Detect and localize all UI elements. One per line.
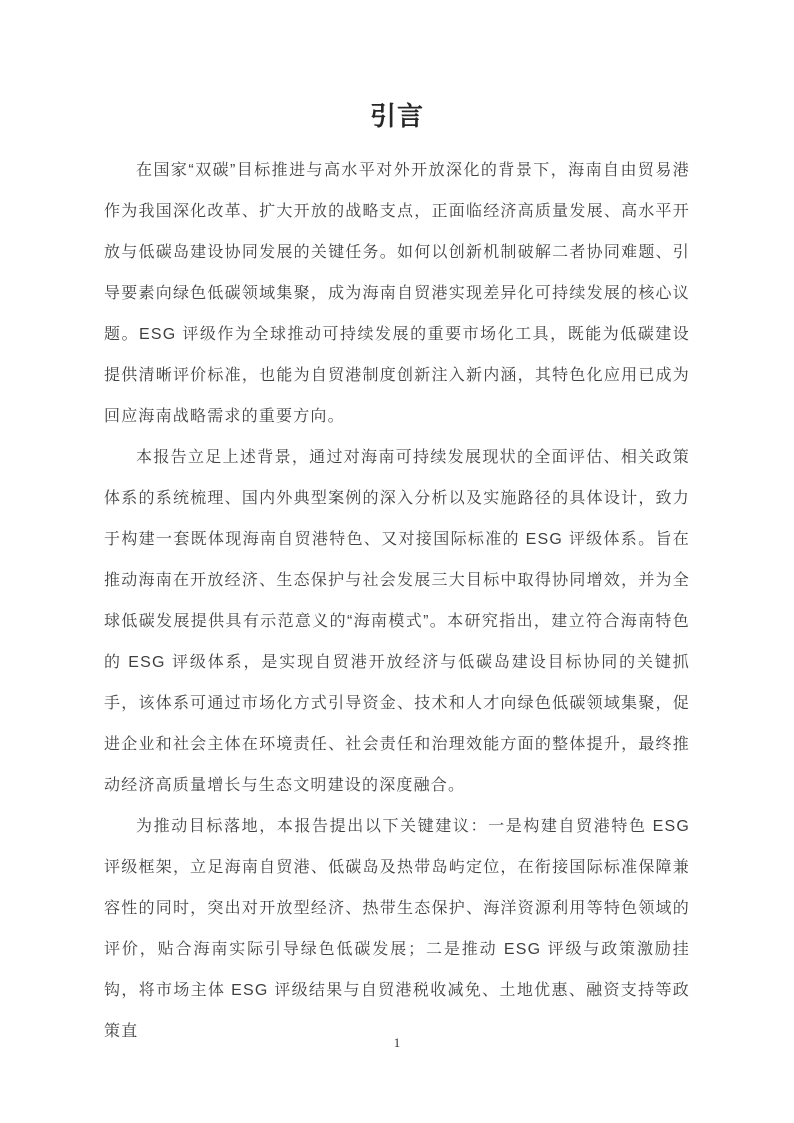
page-number: 1 [394, 1035, 401, 1050]
paragraph-3: 为推动目标落地，本报告提出以下关键建议：一是构建自贸港特色 ESG 评级框架，立… [104, 806, 690, 1052]
document-page: 引言 在国家“双碳”目标推进与高水平对外开放深化的背景下，海南自由贸易港作为我国… [0, 0, 794, 1123]
paragraph-1: 在国家“双碳”目标推进与高水平对外开放深化的背景下，海南自由贸易港作为我国深化改… [104, 150, 690, 437]
paragraph-2: 本报告立足上述背景，通过对海南可持续发展现状的全面评估、相关政策体系的系统梳理、… [104, 437, 690, 806]
page-footer: 1 [0, 1034, 794, 1052]
document-body: 在国家“双碳”目标推进与高水平对外开放深化的背景下，海南自由贸易港作为我国深化改… [104, 150, 690, 1052]
section-title: 引言 [104, 97, 690, 135]
